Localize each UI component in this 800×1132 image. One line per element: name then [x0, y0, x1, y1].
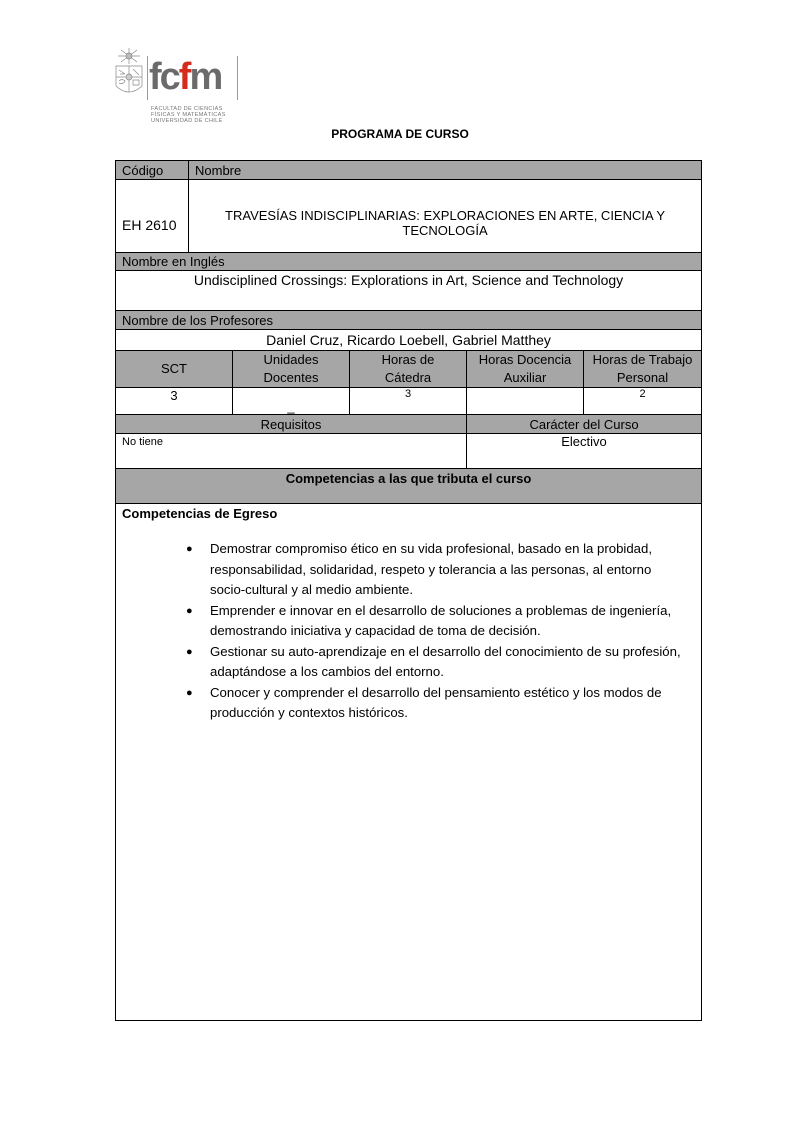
list-item: ●Emprender e innovar en el desarrollo de… — [210, 601, 701, 642]
english-name-row: Undisciplined Crossings: Explorations in… — [116, 271, 702, 311]
teaching-units-value: _ — [233, 388, 350, 415]
requirements-label: Requisitos — [116, 415, 467, 434]
bullet-icon: ● — [186, 539, 193, 560]
bullet-icon: ● — [186, 683, 193, 704]
professors: Daniel Cruz, Ricardo Loebell, Gabriel Ma… — [116, 330, 702, 351]
professors-label: Nombre de los Profesores — [116, 311, 702, 330]
competencies-content: Competencias de Egreso ●Demostrar compro… — [116, 504, 702, 1021]
lecture-hours-value: 3 — [350, 388, 467, 415]
list-item: ●Gestionar su auto-aprendizaje en el des… — [210, 642, 701, 683]
auxiliary-hours-header: Horas DocenciaAuxiliar — [467, 351, 584, 388]
course-code: EH 2610 — [116, 180, 189, 253]
hours-values-row: 3 _ 3 2 — [116, 388, 702, 415]
sct-value: 3 — [116, 388, 233, 415]
auxiliary-hours-value — [467, 388, 584, 415]
requirements-row: No tiene Electivo — [116, 434, 702, 469]
code-label: Código — [116, 161, 189, 180]
english-name-header-row: Nombre en Inglés — [116, 253, 702, 271]
lecture-hours-header: Horas deCátedra — [350, 351, 467, 388]
university-crest-icon — [113, 46, 145, 98]
hours-header-row: SCT UnidadesDocentes Horas deCátedra Hor… — [116, 351, 702, 388]
requirements-header-row: Requisitos Carácter del Curso — [116, 415, 702, 434]
code-name-row: EH 2610 TRAVESÍAS INDISCIPLINARIAS: EXPL… — [116, 180, 702, 253]
logo-divider-right — [237, 56, 238, 100]
requirements-value: No tiene — [116, 434, 467, 469]
competencies-list: ●Demostrar compromiso ético en su vida p… — [116, 539, 701, 724]
logo-divider — [147, 56, 148, 100]
faculty-name: FACULTAD DE CIENCIAS FÍSICAS Y MATEMÁTIC… — [151, 106, 226, 124]
personal-work-hours-header: Horas de TrabajoPersonal — [584, 351, 702, 388]
competencies-subtitle: Competencias de Egreso — [116, 504, 701, 523]
course-character-label: Carácter del Curso — [467, 415, 702, 434]
list-item: ●Demostrar compromiso ético en su vida p… — [210, 539, 701, 601]
course-program-table: Código Nombre EH 2610 TRAVESÍAS INDISCIP… — [115, 160, 702, 1021]
fcfm-logo: fcfm FACULTAD DE CIENCIAS FÍSICAS Y MATE… — [113, 46, 243, 132]
course-name: TRAVESÍAS INDISCIPLINARIAS: EXPLORACIONE… — [189, 180, 702, 253]
document-title: PROGRAMA DE CURSO — [0, 127, 800, 141]
sct-header: SCT — [116, 351, 233, 388]
competencies-section-title: Competencias a las que tributa el curso — [116, 469, 702, 504]
english-name-label: Nombre en Inglés — [116, 253, 702, 271]
bullet-icon: ● — [186, 601, 193, 622]
professors-header-row: Nombre de los Profesores — [116, 311, 702, 330]
list-item: ●Conocer y comprender el desarrollo del … — [210, 683, 701, 724]
english-name: Undisciplined Crossings: Explorations in… — [116, 271, 702, 311]
code-name-header-row: Código Nombre — [116, 161, 702, 180]
competencies-row: Competencias de Egreso ●Demostrar compro… — [116, 504, 702, 1021]
fcfm-wordmark: fcfm — [149, 58, 221, 96]
competencies-header-row: Competencias a las que tributa el curso — [116, 469, 702, 504]
bullet-icon: ● — [186, 642, 193, 663]
course-character-value: Electivo — [467, 434, 702, 469]
name-label: Nombre — [189, 161, 702, 180]
professors-row: Daniel Cruz, Ricardo Loebell, Gabriel Ma… — [116, 330, 702, 351]
personal-work-hours-value: 2 — [584, 388, 702, 415]
teaching-units-header: UnidadesDocentes — [233, 351, 350, 388]
